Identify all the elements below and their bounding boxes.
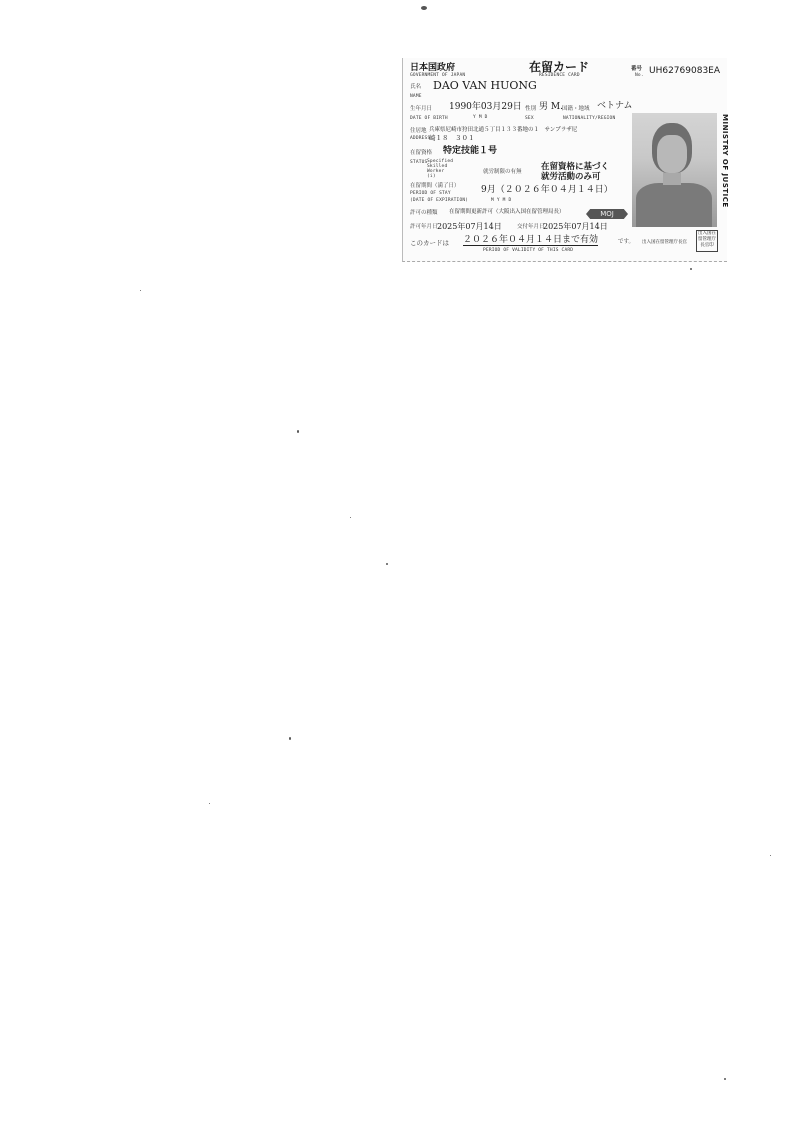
name-label-en: NAME [410,95,422,100]
nationality-label-en: NATIONALITY/REGION [563,117,615,122]
address-line-1: 兵庫県尼崎市狩田北通５丁目１３３番地の１ サンプラザ尼 [429,128,577,134]
work-limit-line-1: 在留資格に基づく [541,163,609,172]
photo-neck [663,171,681,185]
status-label: 在留資格 [410,151,432,157]
holder-photo [632,113,717,227]
period-mymd: M Y M D [491,199,511,204]
issuer-jp: 日本国政府 [410,64,455,73]
status-of-residence: 特定技能１号 [443,147,497,156]
issuing-authority: 出入国在留管理庁長官 [642,241,687,246]
scan-speck [770,855,771,856]
scan-speck [289,737,291,740]
photo-face [657,135,687,173]
scan-speck [690,268,692,270]
dob-label: 生年月日 [410,107,432,113]
sex-label-en: SEX [525,117,534,122]
ministry-side-text: MINISTRY OF JUSTICE [719,114,729,224]
scan-speck [421,6,427,10]
work-limit-label: 就労制限の有無 [483,170,522,176]
permit-date: 2025年07月14日 [437,223,502,231]
status-en: Specified Skilled Worker (i) [427,159,453,179]
scan-speck [386,563,388,565]
period-of-stay: 9月（２０２６年０４月１４日） [481,186,613,195]
address-label-en: ADDRESS [410,137,430,142]
status-label-en: STATUS [410,161,427,166]
holder-name: DAO VAN HUONG [433,80,537,91]
card-title-en: RESIDENCE CARD [539,74,580,79]
permit-date-label: 許可年月日 [410,225,438,231]
sex: 男 M. [539,103,563,112]
photo-shirt [636,183,712,227]
period-label-en-2: (DATE OF EXPIRATION) [410,199,468,204]
period-label-en-1: PERIOD OF STAY [410,192,451,197]
scan-speck [297,430,299,433]
work-limit-line-2: 就労活動のみ可 [541,173,601,182]
hologram-badge: MOJ [586,209,628,219]
card-number: UH62769083EA [649,67,720,76]
nationality: ベトナム [597,102,633,111]
issuer-en: GOVERNMENT OF JAPAN [410,74,465,79]
scan-speck [724,1078,726,1080]
validity-prefix: このカードは [410,240,449,247]
number-label-en: No. [635,74,644,79]
card-title-jp: 在留カード [529,61,589,73]
address-label: 住居地 [410,129,427,135]
date-of-birth: 1990年03月29日 [449,103,522,112]
residence-card: 日本国政府 GOVERNMENT OF JAPAN 在留カード RESIDENC… [402,58,727,262]
address-line-2: 崎１８ ３０１ [429,135,475,142]
scan-speck [140,290,141,291]
validity-suffix: です。 [618,240,634,246]
card-validity: ２０２６年０４月１４日まで有効 [463,236,598,246]
scan-speck [350,517,351,518]
period-label: 在留期間（満了日） [410,184,460,190]
validity-label-en: PERIOD OF VALIDITY OF THIS CARD [483,249,573,254]
permit-type-label: 許可の種類 [410,211,438,217]
number-label: 番号 [631,67,642,73]
name-label: 氏名 [410,85,421,91]
official-seal: 出入国在留管理庁長官印 [696,230,718,252]
issue-date: 2025年07月14日 [543,223,608,231]
scan-speck [209,803,210,804]
permit-type: 在留期間更新許可（大阪出入国在留管理局長） [449,210,565,216]
nationality-label: 国籍・地域 [562,107,590,113]
dob-ymd: Y M D [473,116,488,121]
dob-label-en: DATE OF BIRTH [410,117,448,122]
sex-label: 性別 [525,107,536,113]
issue-date-label: 交付年月日 [517,225,545,231]
